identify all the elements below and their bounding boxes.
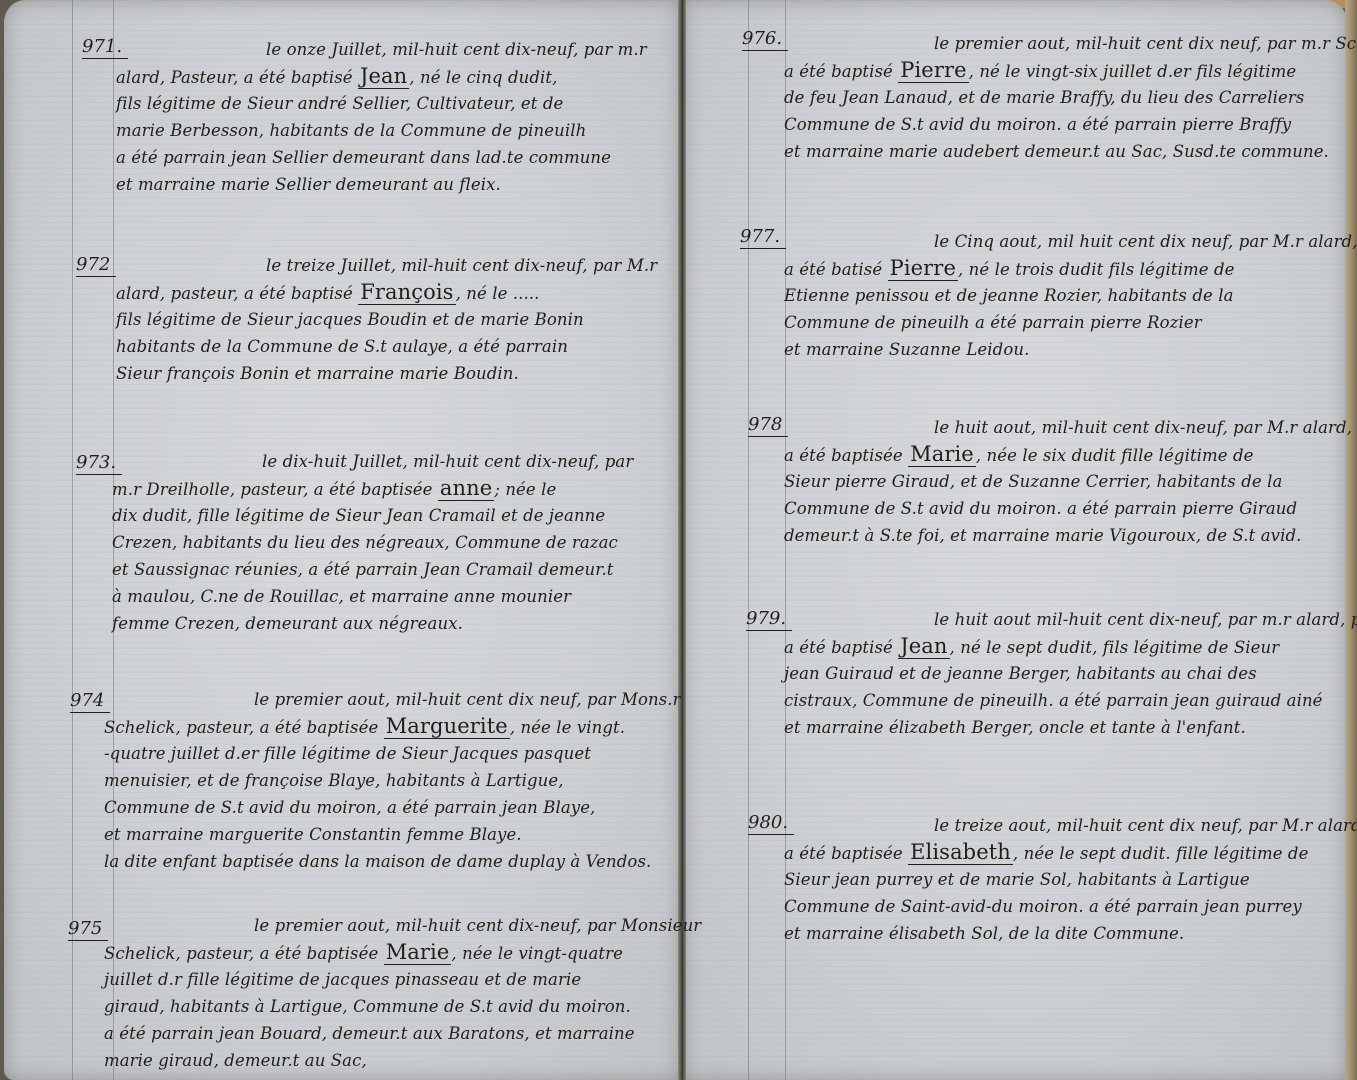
entry-line: le treize aout, mil-huit cent dix neuf, …	[784, 812, 1357, 839]
entry-line: giraud, habitants à Lartigue, Commune de…	[104, 993, 701, 1020]
entry-line: le onze Juillet, mil-huit cent dix-neuf,…	[116, 36, 647, 63]
entry-line: a été parrain jean Sellier demeurant dan…	[116, 144, 647, 171]
entry-line: Commune de S.t avid du moiron. a été par…	[784, 111, 1357, 138]
entry-line: a été baptisée Elisabeth, née le sept du…	[784, 839, 1357, 866]
entry-line: marie Berbesson, habitants de la Commune…	[116, 117, 647, 144]
entry-line: -quatre juillet d.er fille légitime de S…	[104, 740, 681, 767]
entry-line: Crezen, habitants du lieu des négreaux, …	[112, 529, 633, 556]
entry-line: le huit aout mil-huit cent dix-neuf, par…	[784, 606, 1357, 633]
right-margin-rule	[748, 0, 749, 1080]
entry-line: le premier aout, mil-huit cent dix neuf,…	[784, 30, 1357, 57]
entry-number: 976.	[742, 28, 788, 51]
entry-line: le Cinq aout, mil huit cent dix neuf, pa…	[784, 228, 1357, 255]
entry-line: Etienne penissou et de jeanne Rozier, ha…	[784, 282, 1357, 309]
baptized-name: Marie	[384, 940, 452, 965]
entry-line: a été baptisé Pierre, né le vingt-six ju…	[784, 57, 1357, 84]
entry-line: le huit aout, mil-huit cent dix-neuf, pa…	[784, 414, 1357, 441]
entry-line: a été baptisée Marie, née le six dudit f…	[784, 441, 1357, 468]
baptized-name: Elisabeth	[908, 840, 1013, 865]
entry-line: fils légitime de Sieur andré Sellier, Cu…	[116, 90, 647, 117]
entry-line: et marraine élisabeth Sol, de la dite Co…	[784, 920, 1357, 947]
entry-line: Commune de pineuilh a été parrain pierre…	[784, 309, 1357, 336]
entry-line: a été baptisé Jean, né le sept dudit, fi…	[784, 633, 1357, 660]
entry-line: dix dudit, fille légitime de Sieur Jean …	[112, 502, 633, 529]
entry-line: et Saussignac réunies, a été parrain Jea…	[112, 556, 633, 583]
baptized-name: anne	[438, 476, 494, 501]
baptized-name: Jean	[358, 64, 409, 89]
entry-line: jean Guiraud et de jeanne Berger, habita…	[784, 660, 1357, 687]
entry-line: et marraine marie Sellier demeurant au f…	[116, 171, 647, 198]
entry-line: Sieur jean purrey et de marie Sol, habit…	[784, 866, 1357, 893]
entry-line: Schelick, pasteur, a été baptisée Margue…	[104, 713, 681, 740]
entry-line: alard, Pasteur, a été baptisé Jean, né l…	[116, 63, 647, 90]
entry-line: marie giraud, demeur.t au Sac,	[104, 1047, 701, 1074]
entry-line: le dix-huit Juillet, mil-huit cent dix-n…	[112, 448, 633, 475]
entry-line: Schelick, pasteur, a été baptisée Marie,…	[104, 939, 701, 966]
entry-line: a été parrain jean Bouard, demeur.t aux …	[104, 1020, 701, 1047]
baptized-name: Marie	[908, 442, 976, 467]
baptized-name: Pierre	[888, 256, 958, 281]
entry-line: et marraine élizabeth Berger, oncle et t…	[784, 714, 1357, 741]
baptized-name: Pierre	[898, 58, 968, 83]
entry-line: juillet d.r fille légitime de jacques pi…	[104, 966, 701, 993]
entry-line: Sieur pierre Giraud, et de Suzanne Cerri…	[784, 468, 1357, 495]
entry-line: Sieur françois Bonin et marraine marie B…	[116, 360, 657, 387]
entry-line: menuisier, et de françoise Blaye, habita…	[104, 767, 681, 794]
baptized-name: Jean	[898, 634, 949, 659]
entry-line: et marraine marie audebert demeur.t au S…	[784, 138, 1357, 165]
entry-line: à maulou, C.ne de Rouillac, et marraine …	[112, 583, 633, 610]
entry-line: Commune de Saint-avid-du moiron. a été p…	[784, 893, 1357, 920]
entry-line: femme Crezen, demeurant aux négreaux.	[112, 610, 633, 637]
entry-line: Commune de S.t avid du moiron. a été par…	[784, 495, 1357, 522]
entry-line: Commune de S.t avid du moiron, a été par…	[104, 794, 681, 821]
entry-line: habitants de la Commune de S.t aulaye, a…	[116, 333, 657, 360]
entry-line: demeur.t à S.te foi, et marraine marie V…	[784, 522, 1357, 549]
entry-number: 972	[76, 254, 116, 277]
entry-line: la dite enfant baptisée dans la maison d…	[104, 848, 681, 875]
entry-line: et marraine Suzanne Leidou.	[784, 336, 1357, 363]
baptized-name: Marguerite	[384, 714, 510, 739]
entry-line: le premier aout, mil-huit cent dix-neuf,…	[104, 912, 701, 939]
entry-line: fils légitime de Sieur jacques Boudin et…	[116, 306, 657, 333]
entry-line: le treize Juillet, mil-huit cent dix-neu…	[116, 252, 657, 279]
entry-line: alard, pasteur, a été baptisé François, …	[116, 279, 657, 306]
baptized-name: François	[358, 280, 455, 305]
entry-line: le premier aout, mil-huit cent dix neuf,…	[104, 686, 681, 713]
entry-line: cistraux, Commune de pineuilh. a été par…	[784, 687, 1357, 714]
entry-number: 978	[748, 414, 788, 437]
entry-line: m.r Dreilholle, pasteur, a été baptisée …	[112, 475, 633, 502]
entry-line: de feu Jean Lanaud, et de marie Braffy, …	[784, 84, 1357, 111]
entry-number: 977.	[740, 226, 786, 249]
entry-line: et marraine marguerite Constantin femme …	[104, 821, 681, 848]
entry-number: 975	[68, 918, 108, 941]
entry-line: a été batisé Pierre, né le trois dudit f…	[784, 255, 1357, 282]
